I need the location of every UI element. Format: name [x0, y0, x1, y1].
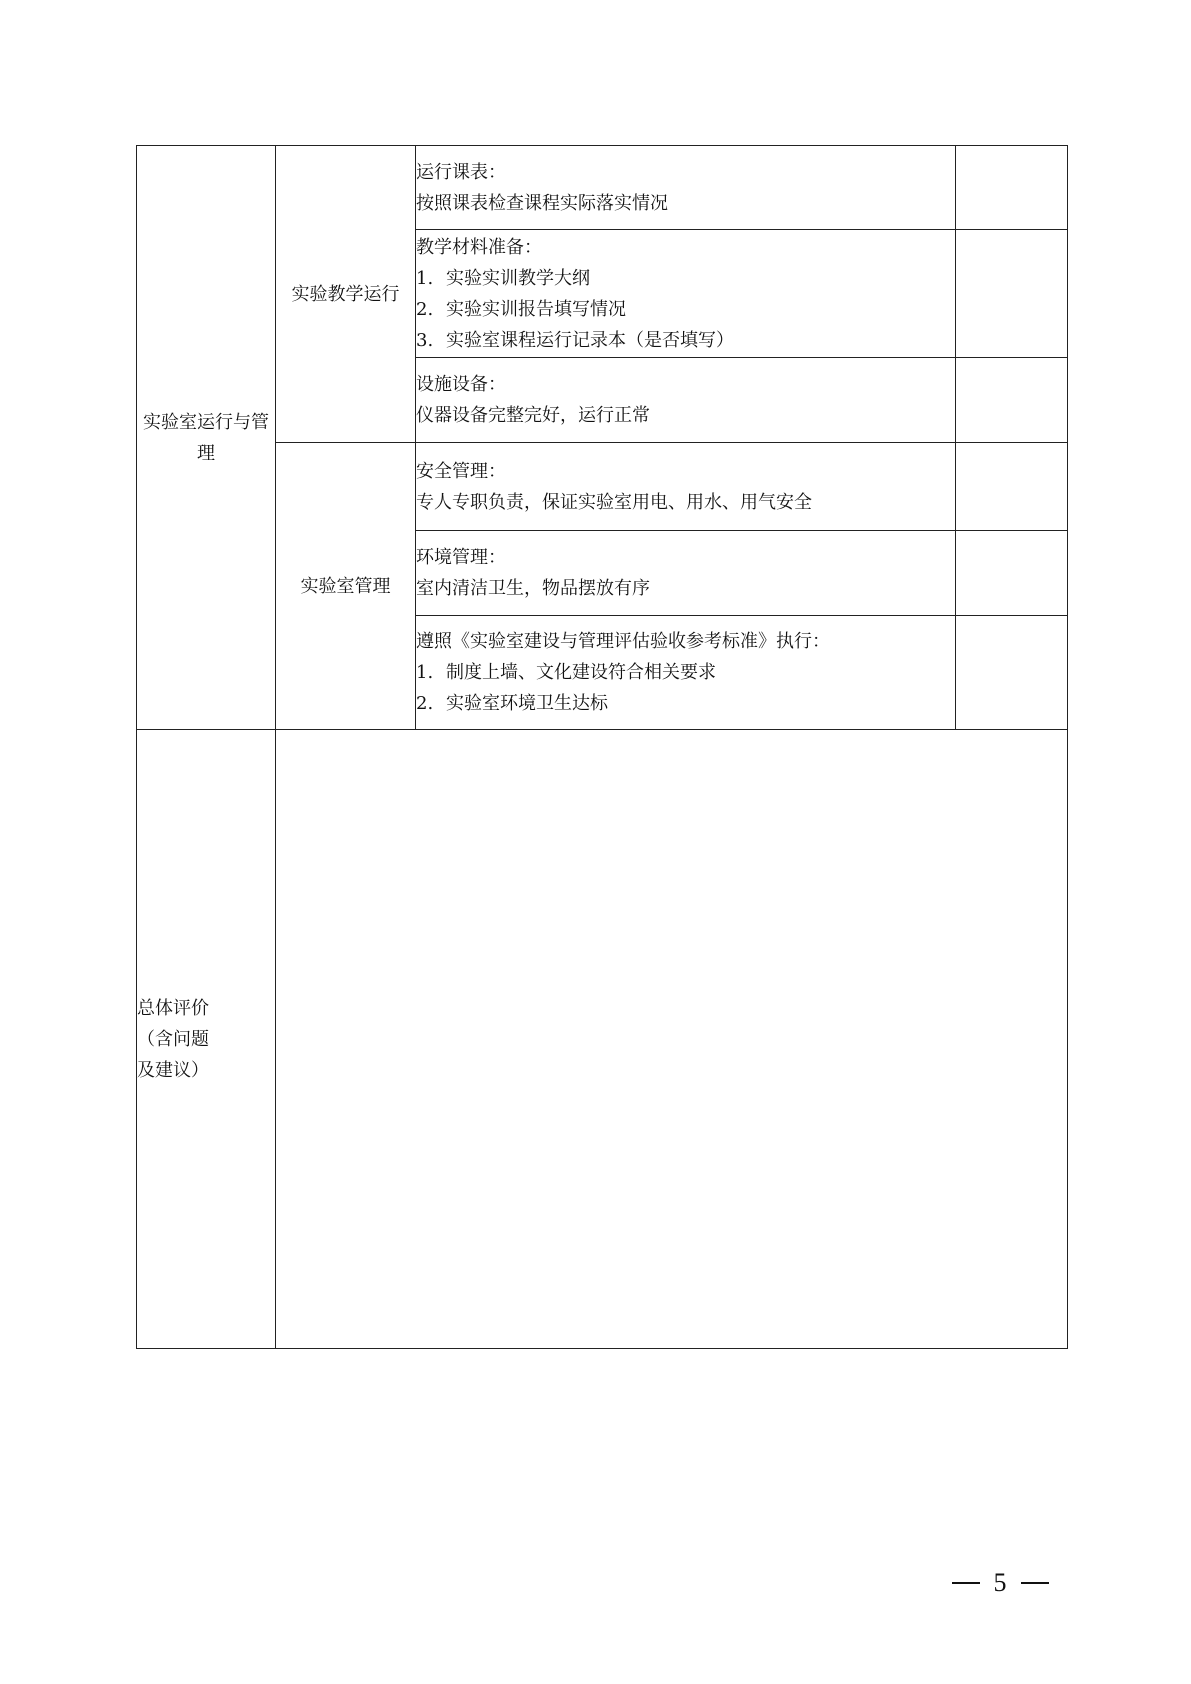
group-cell-teaching-operation: 实验教学运行 — [276, 146, 416, 443]
item-number: 1. — [416, 263, 446, 294]
item-text: 实验实训教学大纲 — [446, 268, 590, 289]
criterion-text: 专人专职负责，保证实验室用电、用水、用气安全 — [416, 487, 955, 518]
criterion-title: 设施设备： — [416, 369, 955, 400]
score-cell[interactable] — [956, 358, 1068, 443]
category-cell: 实验室运行与管理 — [137, 146, 276, 730]
page-footer: 5 — [940, 1566, 1060, 1598]
item-number: 3. — [416, 325, 446, 356]
document-page: 实验室运行与管理 实验教学运行 运行课表： 按照课表检查课程实际落实情况 教学材… — [0, 0, 1191, 1684]
item-number: 2. — [416, 294, 446, 325]
criterion-text: 仪器设备完整完好，运行正常 — [416, 400, 955, 431]
overall-label-line: （含问题 — [137, 1024, 275, 1055]
criterion-title: 安全管理： — [416, 456, 955, 487]
criterion-cell: 安全管理： 专人专职负责，保证实验室用电、用水、用气安全 — [416, 443, 956, 531]
criterion-title: 教学材料准备： — [416, 232, 955, 263]
criterion-item: 1.制度上墙、文化建设符合相关要求 — [416, 657, 955, 688]
category-label: 实验室运行与管理 — [143, 412, 269, 464]
score-cell[interactable] — [956, 616, 1068, 730]
criterion-text: 室内清洁卫生，物品摆放有序 — [416, 573, 955, 604]
score-cell[interactable] — [956, 230, 1068, 358]
item-text: 实验实训报告填写情况 — [446, 299, 626, 320]
overall-label-line: 总体评价 — [137, 993, 275, 1024]
item-text: 实验室课程运行记录本（是否填写） — [446, 330, 734, 351]
criterion-cell: 设施设备： 仪器设备完整完好，运行正常 — [416, 358, 956, 443]
score-cell[interactable] — [956, 146, 1068, 230]
criterion-row: 实验室运行与管理 实验教学运行 运行课表： 按照课表检查课程实际落实情况 — [137, 146, 1068, 230]
criterion-item: 1.实验实训教学大纲 — [416, 263, 955, 294]
group-label: 实验室管理 — [301, 576, 391, 597]
criterion-cell: 教学材料准备： 1.实验实训教学大纲 2.实验实训报告填写情况 3.实验室课程运… — [416, 230, 956, 358]
criterion-title: 环境管理： — [416, 542, 955, 573]
criterion-item: 3.实验室课程运行记录本（是否填写） — [416, 325, 955, 356]
criterion-text: 按照课表检查课程实际落实情况 — [416, 188, 955, 219]
criterion-item: 2.实验室环境卫生达标 — [416, 688, 955, 719]
criterion-row: 实验室管理 安全管理： 专人专职负责，保证实验室用电、用水、用气安全 — [137, 443, 1068, 531]
item-text: 制度上墙、文化建设符合相关要求 — [446, 662, 716, 683]
item-number: 1. — [416, 657, 446, 688]
group-label: 实验教学运行 — [292, 284, 400, 305]
overall-evaluation-label-cell: 总体评价 （含问题 及建议） — [137, 730, 276, 1349]
item-text: 实验室环境卫生达标 — [446, 693, 608, 714]
item-number: 2. — [416, 688, 446, 719]
criterion-cell: 遵照《实验室建设与管理评估验收参考标准》执行： 1.制度上墙、文化建设符合相关要… — [416, 616, 956, 730]
overall-evaluation-row: 总体评价 （含问题 及建议） — [137, 730, 1068, 1349]
criterion-item: 2.实验实训报告填写情况 — [416, 294, 955, 325]
overall-evaluation-content-cell[interactable] — [276, 730, 1068, 1349]
score-cell[interactable] — [956, 531, 1068, 616]
criterion-cell: 运行课表： 按照课表检查课程实际落实情况 — [416, 146, 956, 230]
page-number: 5 — [994, 1568, 1007, 1598]
footer-dash-left — [952, 1582, 980, 1584]
overall-label-line: 及建议） — [137, 1055, 275, 1086]
criterion-title: 运行课表： — [416, 157, 955, 188]
footer-dash-right — [1021, 1582, 1049, 1584]
score-cell[interactable] — [956, 443, 1068, 531]
group-cell-lab-management: 实验室管理 — [276, 443, 416, 730]
criterion-title: 遵照《实验室建设与管理评估验收参考标准》执行： — [416, 626, 955, 657]
criterion-cell: 环境管理： 室内清洁卫生，物品摆放有序 — [416, 531, 956, 616]
lab-evaluation-table: 实验室运行与管理 实验教学运行 运行课表： 按照课表检查课程实际落实情况 教学材… — [136, 145, 1068, 1349]
